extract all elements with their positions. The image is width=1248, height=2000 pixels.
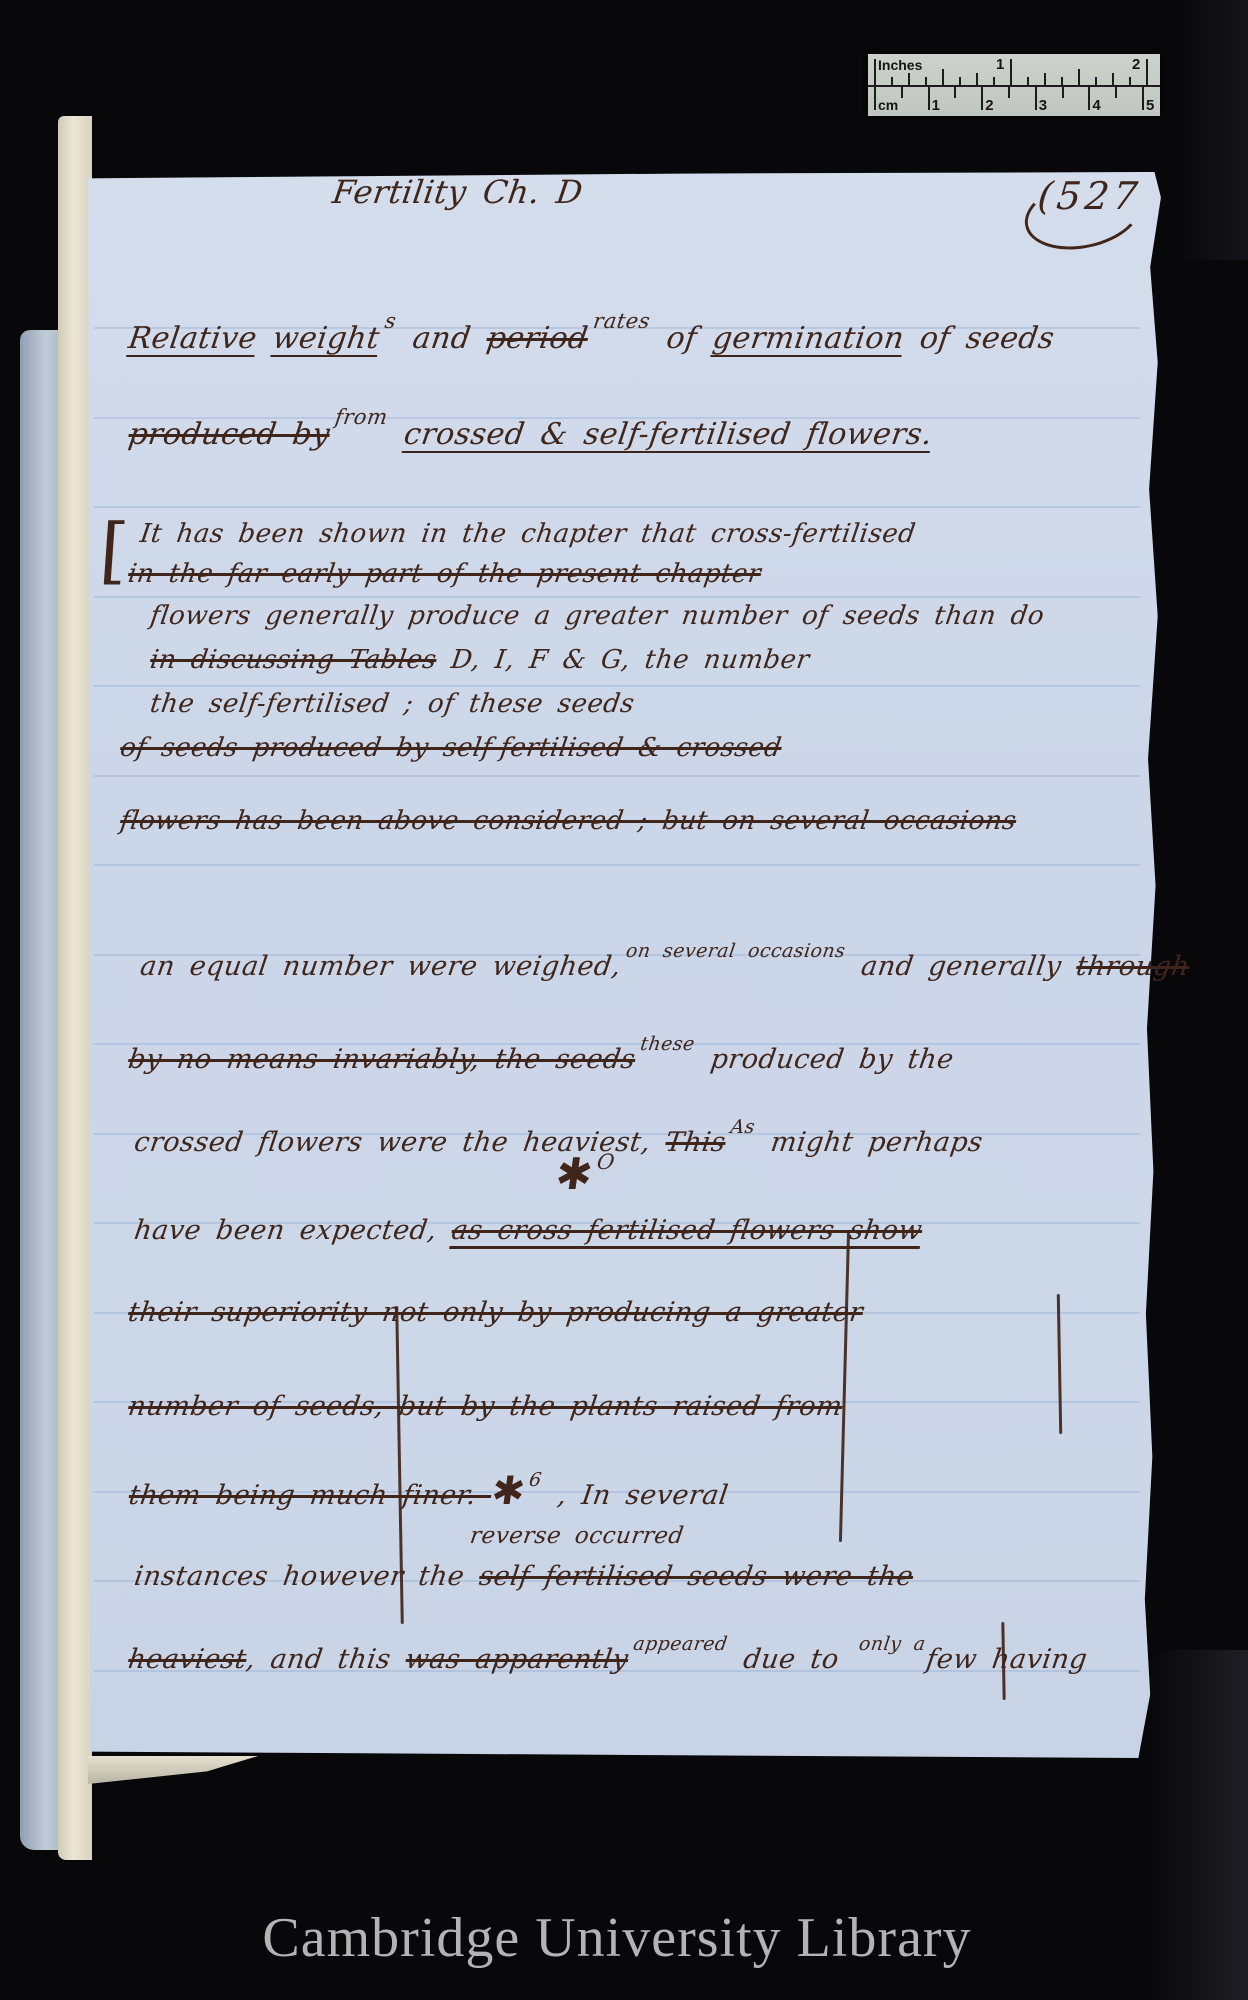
ruled-line xyxy=(94,685,1140,687)
ruler-tick-inch xyxy=(1146,59,1148,85)
header-annotation: Fertility Ch. D xyxy=(330,172,586,212)
para2-line6: number of seeds, but by the plants raise… xyxy=(126,1390,845,1424)
ruler-tick-cm xyxy=(901,86,903,98)
text-segment-u: germination xyxy=(710,321,906,356)
library-caption: Cambridge University Library xyxy=(0,1906,1248,1970)
para2-line8: instances however the self fertilised se… xyxy=(132,1560,915,1594)
ruler-tick-inch xyxy=(908,73,910,85)
text-segment-i: O xyxy=(595,1150,616,1174)
para1-line6: of seeds produced by self-fertilised & c… xyxy=(118,732,784,765)
opening-bracket: [ xyxy=(97,508,131,592)
para2-line9: heaviest, and this was apparentlyappeare… xyxy=(126,1643,1090,1677)
ruler-cm-label: cm xyxy=(878,97,898,113)
para2-line1: an equal number were weighed,on several … xyxy=(138,950,1192,984)
ruler-tick-inch xyxy=(959,77,961,85)
ruler-number-inch: 1 xyxy=(996,56,1004,73)
text-segment-i: on several occasions xyxy=(625,940,847,962)
ruled-line xyxy=(94,506,1140,508)
text-segment-p: few having xyxy=(924,1644,1089,1675)
ruler-tick-cm xyxy=(1115,86,1117,98)
text-segment-x: of seeds produced by self-fertilised & c… xyxy=(118,733,783,763)
text-segment-x: through xyxy=(1074,951,1191,982)
text-segment-i: s xyxy=(383,309,398,333)
ruler-tick-cm xyxy=(1008,86,1010,98)
text-segment-p: might perhaps xyxy=(754,1127,985,1158)
ruler-number-cm: 4 xyxy=(1092,97,1100,114)
ruler-tick-inch xyxy=(1010,59,1012,85)
text-segment-x: their superiority not only by producing … xyxy=(126,1297,865,1328)
insertion-mark-asterisk-o: ✱O xyxy=(552,1148,620,1202)
text-segment-i: these xyxy=(639,1033,696,1055)
ruler-inches-label: Inches xyxy=(878,57,922,73)
ruler-tick-cm xyxy=(1088,86,1090,110)
page-number-circle: (527 xyxy=(1022,166,1146,246)
text-segment-p: produced by the xyxy=(693,1044,955,1075)
ruler-tick-cm xyxy=(874,86,876,110)
text-segment-p: have been expected, xyxy=(132,1215,454,1246)
ruler-tick-inch xyxy=(874,59,876,85)
text-segment-i: only a xyxy=(858,1633,928,1655)
measurement-ruler: Inches cm 1212345 xyxy=(868,54,1160,116)
text-segment-u: weight xyxy=(270,321,382,356)
ruler-tick-inch xyxy=(1112,73,1114,85)
ruler-number-inch: 2 xyxy=(1132,56,1140,73)
text-segment-i: rates xyxy=(592,309,652,333)
ruler-tick-cm xyxy=(928,86,930,110)
text-segment-x: self fertilised seeds were the xyxy=(477,1561,915,1592)
para1-line2: in the far early part of the present cha… xyxy=(126,558,763,591)
text-segment-p: and generally xyxy=(844,951,1079,982)
text-segment-p: reverse occurred xyxy=(468,1523,685,1549)
ruler-tick-inch xyxy=(942,69,944,85)
ruler-tick-cm xyxy=(981,86,983,110)
text-segment-p: of seeds xyxy=(902,321,1057,356)
text-segment-x: them being much finer. xyxy=(127,1480,494,1511)
text-segment-p: It has been shown in the chapter that cr… xyxy=(138,519,917,549)
ruler-tick-inch xyxy=(993,77,995,85)
ruler-tick-cm xyxy=(1142,86,1144,110)
title-line-1: Relative weights and periodrates of germ… xyxy=(126,320,1057,358)
text-segment-i: 6 xyxy=(528,1469,544,1491)
para1-line4: in discussing Tables D, I, F & G, the nu… xyxy=(148,644,812,677)
text-segment-p: , In several xyxy=(540,1480,730,1511)
ruled-line xyxy=(94,864,1140,866)
para2-line2: by no means invariably, the seedsthese p… xyxy=(126,1043,956,1077)
text-segment-xu: as cross fertilised flowers show xyxy=(450,1215,925,1246)
ruler-tick-inch xyxy=(1061,77,1063,85)
para2-line5: their superiority not only by producing … xyxy=(126,1296,865,1330)
ruler-tick-cm xyxy=(1062,86,1064,98)
text-segment-u: crossed & self-fertilised flowers. xyxy=(402,417,935,452)
text-segment-x: was apparently xyxy=(404,1644,631,1675)
para1-line1: It has been shown in the chapter that cr… xyxy=(138,518,918,551)
ruler-number-cm: 2 xyxy=(985,97,993,114)
ruler-number-cm: 5 xyxy=(1146,97,1154,114)
text-segment-x: produced by xyxy=(126,417,332,452)
text-segment-i: from xyxy=(334,405,390,429)
text-segment-x: heaviest xyxy=(126,1644,248,1675)
text-segment-p: Fertility Ch. D xyxy=(330,173,585,211)
ruler-tick-cm xyxy=(1035,86,1037,110)
text-segment-i: As xyxy=(729,1116,756,1138)
text-segment-x: in the far early part of the present cha… xyxy=(126,559,763,589)
text-segment-p: and xyxy=(394,321,489,356)
text-segment-p: an equal number were weighed, xyxy=(138,951,623,982)
para2-line7: them being much finer. ✱6 , In several xyxy=(126,1468,732,1517)
text-segment-x: flowers has been above considered ; but … xyxy=(118,806,1018,836)
ruled-line xyxy=(94,596,1140,598)
text-segment-u: Relative xyxy=(126,321,259,356)
ruler-tick-inch xyxy=(1027,77,1029,85)
cloth-fold-shadow-top xyxy=(1178,0,1248,260)
text-segment-x: period xyxy=(484,321,590,356)
ruled-line xyxy=(94,775,1140,777)
para2-line4: have been expected, as cross fertilised … xyxy=(132,1214,925,1248)
ruler-tick-cm xyxy=(954,86,956,98)
para1-line7: flowers has been above considered ; but … xyxy=(118,805,1018,838)
ruler-tick-inch xyxy=(1078,69,1080,85)
book-page-edge-bottom xyxy=(88,1756,258,1784)
title-line-2: produced byfrom crossed & self-fertilise… xyxy=(126,416,935,454)
ruler-tick-inch xyxy=(925,77,927,85)
ruler-tick-inch xyxy=(1095,77,1097,85)
ruler-tick-inch xyxy=(1129,77,1131,85)
ruler-tick-inch xyxy=(891,77,893,85)
text-segment-p: due to xyxy=(726,1644,856,1675)
text-segment-x: in discussing Tables xyxy=(148,645,438,675)
insertion-reverse-occurred: reverse occurred xyxy=(468,1522,686,1551)
book-page-edges-inner xyxy=(58,116,92,1860)
ruler-number-cm: 3 xyxy=(1039,97,1047,114)
text-segment-p: instances however the xyxy=(132,1561,481,1592)
page-number: (527 xyxy=(1036,174,1144,218)
ruler-number-cm: 1 xyxy=(932,97,940,114)
text-segment-x: by no means invariably, the seeds xyxy=(126,1044,637,1075)
text-segment-i: appeared xyxy=(632,1633,729,1655)
photo-stage: [ (527 Fertility Ch. DRelative weights a… xyxy=(0,0,1248,2000)
para1-line5: the self-fertilised ; of these seeds xyxy=(148,688,637,721)
text-segment-p: flowers generally produce a greater numb… xyxy=(148,601,1046,631)
text-segment-x: number of seeds, but by the plants raise… xyxy=(126,1391,844,1422)
text-segment-p: , and this xyxy=(244,1644,408,1675)
text-segment-p: the number xyxy=(643,645,812,675)
text-segment-x: This xyxy=(663,1127,727,1158)
text-segment-p: the self-fertilised ; of these seeds xyxy=(148,689,636,719)
text-segment-p: of xyxy=(648,321,715,356)
para1-line3: flowers generally produce a greater numb… xyxy=(148,600,1046,633)
ruler-tick-inch xyxy=(976,73,978,85)
text-segment-m: ✱ xyxy=(552,1150,595,1200)
text-segment-p: D, I, F & G, xyxy=(434,645,647,675)
text-segment-m: ✱ xyxy=(489,1469,528,1514)
ruler-tick-inch xyxy=(1044,73,1046,85)
